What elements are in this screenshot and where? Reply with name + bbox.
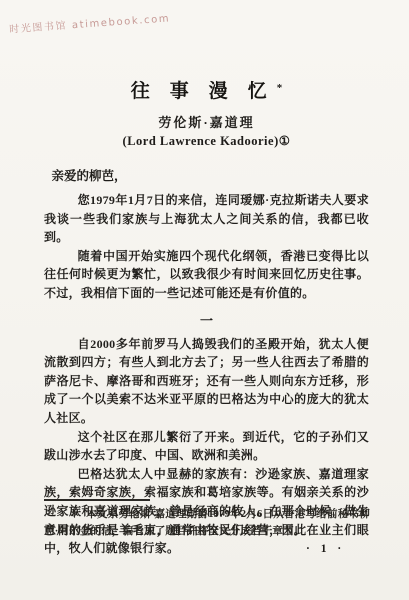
section-paragraph: 这个社区在那儿繁衍了开来。到近代，它的子孙们又跋山涉水去了印度、中国、欧洲和美洲…	[44, 428, 369, 465]
page-title: 往事漫忆	[131, 81, 287, 102]
footnote-marker: ＊	[69, 509, 80, 520]
scanned-book-page: 时光图书馆 atimebook.com 往事漫忆* 劳伦斯·嘉道理 (Lord …	[0, 0, 409, 600]
title-footnote-marker: *	[277, 82, 283, 94]
section-paragraph: 自2000多年前罗马人捣毁我们的圣殿开始，犹太人便流散到四方；有些人到北方去了；…	[44, 335, 369, 428]
author-name-chinese: 劳伦斯·嘉道理	[44, 112, 369, 131]
author-name-english: (Lord Lawrence Kadoorie)①	[44, 133, 369, 149]
footnote-separator-rule	[44, 499, 150, 501]
footnote-block: ＊本文系劳伦斯·嘉道理勋爵1979年2月6日从香港写给前秘书柳芭·阿尔金的信，编…	[44, 499, 370, 540]
footnote: ＊本文系劳伦斯·嘉道理勋爵1979年2月6日从香港写给前秘书柳芭·阿尔金的信，编…	[44, 507, 370, 540]
page-number: · 1 ·	[306, 543, 345, 555]
article-title-row: 往事漫忆*	[44, 76, 369, 100]
intro-paragraph: 随着中国开始实施四个现代化纲领，香港已变得比以往任何时候更为繁忙，以致我很少有时…	[44, 247, 369, 303]
intro-paragraph: 您1979年1月7日的来信，连同瑷娜·克拉斯诺夫人要求我谈一些我们家族与上海犹太…	[44, 191, 369, 247]
page-content: 往事漫忆* 劳伦斯·嘉道理 (Lord Lawrence Kadoorie)① …	[44, 76, 369, 558]
footnote-text: 本文系劳伦斯·嘉道理勋爵1979年2月6日从香港写给前秘书柳芭·阿尔金的信，编者…	[44, 509, 370, 537]
section-number-divider: 一	[44, 310, 369, 329]
letter-salutation: 亲爱的柳芭，	[44, 166, 369, 184]
site-watermark: 时光图书馆 atimebook.com	[9, 9, 171, 35]
